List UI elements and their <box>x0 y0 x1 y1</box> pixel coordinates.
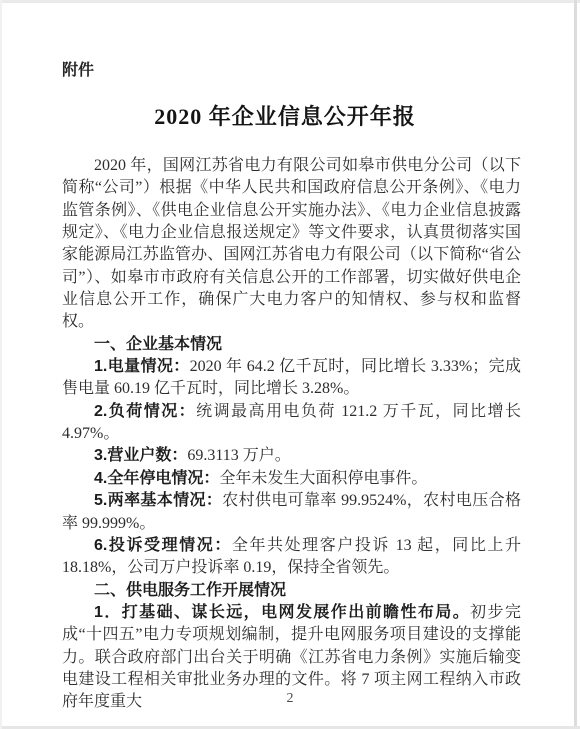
document-body: 2020 年，国网江苏省电力有限公司如皋市供电分公司（以下简称“公司”）根据《中… <box>62 155 521 714</box>
scan-edge-right <box>574 0 577 729</box>
list-item: 2.负荷情况：统调最高用电负荷 121.2 万千瓦，同比增长 4.97%。 <box>62 401 521 446</box>
list-item: 6.投诉受理情况：全年共处理客户投诉 13 起，同比上升 18.18%，公司万户… <box>62 535 521 580</box>
section1-heading: 一、企业基本情况 <box>62 334 521 356</box>
item-text: 69.3113 万户。 <box>187 447 290 464</box>
scan-edge-top <box>0 0 580 3</box>
attachment-label: 附件 <box>62 57 94 80</box>
page-number: 2 <box>0 691 580 707</box>
page-title: 2020 年企业信息公开年报 <box>0 100 570 131</box>
intro-paragraph: 2020 年，国网江苏省电力有限公司如皋市供电分公司（以下简称“公司”）根据《中… <box>62 155 521 334</box>
document-page: 附件 2020 年企业信息公开年报 2020 年，国网江苏省电力有限公司如皋市供… <box>0 0 580 729</box>
item-lead: 3.营业户数： <box>94 447 187 464</box>
item-lead: 4.全年停电情况： <box>94 470 219 487</box>
item-text: 全年未发生大面积停电事件。 <box>219 470 427 487</box>
list-item: 5.两率基本情况：农村供电可靠率 99.9524%，农村电压合格率 99.999… <box>62 490 521 535</box>
list-item: 4.全年停电情况：全年未发生大面积停电事件。 <box>62 468 521 490</box>
list-item: 1.电量情况：2020 年 64.2 亿千瓦时，同比增长 3.33%；完成售电量… <box>62 356 521 401</box>
list-item: 3.营业户数：69.3113 万户。 <box>62 445 521 467</box>
item-lead: 1.电量情况： <box>94 358 190 375</box>
item-lead: 2.负荷情况： <box>94 403 196 420</box>
item-lead: 6.投诉受理情况： <box>94 537 232 554</box>
section2-heading: 二、供电服务工作开展情况 <box>62 580 521 602</box>
item-lead: 1．打基础、谋长远，电网发展作出前瞻性布局。 <box>94 604 470 621</box>
item-lead: 5.两率基本情况： <box>94 492 222 509</box>
